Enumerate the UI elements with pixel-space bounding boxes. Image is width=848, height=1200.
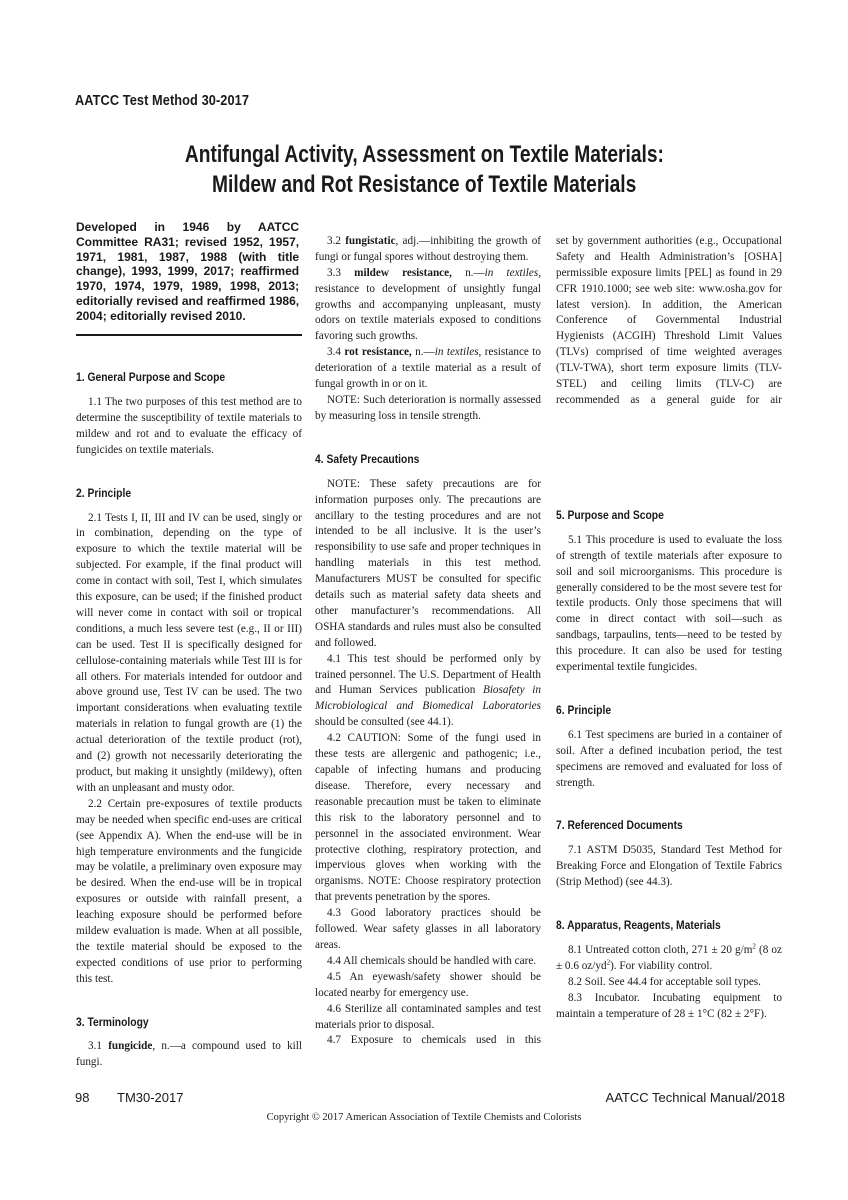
paragraph-1-1: 1.1 The two purposes of this test method…	[76, 395, 302, 459]
paragraph-4-5: 4.5 An eyewash/safety shower should be l…	[315, 970, 541, 1002]
terminology-note: NOTE: Such deterioration is normally ass…	[315, 393, 541, 425]
running-head: AATCC Test Method 30-2017	[75, 93, 249, 109]
development-note-text: Developed in 1946 by AATCC Committee RA3…	[76, 220, 299, 324]
term-rot-resistance: 3.4 rot resistance, n.—in textiles, resi…	[315, 345, 541, 393]
paragraph-4-1: 4.1 This test should be performed only b…	[315, 652, 541, 732]
paragraph-4-7-continued: 4.7 Exposure to chemicals used in this p…	[556, 234, 782, 409]
section-heading-8: 8. Apparatus, Reagents, Materials	[556, 918, 782, 934]
term-mildew-resistance: 3.3 mildew resistance, n.—in textiles, r…	[315, 266, 541, 346]
method-code: TM30-2017	[117, 1090, 183, 1105]
term-fungicide-start: 3.1 fungicide, n.—a compound used to kil…	[76, 1039, 302, 1071]
term-fungicide: fungicide	[108, 1040, 152, 1052]
paragraph-5-1: 5.1 This procedure is used to evaluate t…	[556, 533, 782, 676]
paragraph-6-1: 6.1 Test specimens are buried in a conta…	[556, 728, 782, 792]
paragraph-2-1: 2.1 Tests I, II, III and IV can be used,…	[76, 511, 302, 797]
column-2: 3.1 fungicide, n.—a compound used to kil…	[315, 218, 541, 1049]
section-heading-6: 6. Principle	[556, 703, 782, 719]
title-line-2: Mildew and Rot Resistance of Textile Mat…	[212, 170, 636, 200]
document-title: Antifungal Activity, Assessment on Texti…	[0, 140, 848, 200]
page-number: 98	[75, 1090, 89, 1105]
section-heading-2: 2. Principle	[76, 486, 302, 502]
paragraph-8-1: 8.1 Untreated cotton cloth, 271 ± 20 g/m…	[556, 943, 782, 975]
paragraph-8-3: 8.3 Incubator. Incubating equipment to m…	[556, 991, 782, 1023]
manual-title: AATCC Technical Manual/2018	[606, 1090, 785, 1105]
test-heading	[556, 453, 782, 481]
section-heading-3: 3. Terminology	[76, 1015, 302, 1031]
copyright-notice: Copyright © 2017 American Association of…	[0, 1112, 848, 1123]
paragraph-2-2: 2.2 Certain pre-exposures of textile pro…	[76, 797, 302, 988]
safety-note: NOTE: These safety precautions are for i…	[315, 477, 541, 652]
paragraph-4-2: 4.2 CAUTION: Some of the fungi used in t…	[315, 731, 541, 906]
paragraph-4-4: 4.4 All chemicals should be handled with…	[315, 954, 541, 970]
term-fungistatic: 3.2 fungistatic, adj.—inhibiting the gro…	[315, 234, 541, 266]
section-heading-7: 7. Referenced Documents	[556, 818, 782, 834]
column-1: Developed in 1946 by AATCC Committee RA3…	[76, 220, 302, 1070]
paragraph-4-7-continued-wrap	[556, 218, 782, 234]
section-heading-4: 4. Safety Precautions	[315, 452, 541, 468]
development-note: Developed in 1946 by AATCC Committee RA3…	[76, 220, 302, 324]
section-heading-5: 5. Purpose and Scope	[556, 508, 782, 524]
title-line-1: Antifungal Activity, Assessment on Texti…	[184, 140, 663, 170]
paragraph-7-1: 7.1 ASTM D5035, Standard Test Method for…	[556, 843, 782, 891]
column-3: 4.7 Exposure to chemicals used in this p…	[556, 218, 782, 1023]
paragraph-4-6: 4.6 Sterilize all contaminated samples a…	[315, 1002, 541, 1034]
paragraph-8-2: 8.2 Soil. See 44.4 for acceptable soil t…	[556, 975, 782, 991]
paragraph-4-3: 4.3 Good laboratory practices should be …	[315, 906, 541, 954]
section-heading-1: 1. General Purpose and Scope	[76, 370, 302, 386]
paragraph-4-7: 4.7 Exposure to chemicals used in this p…	[315, 1033, 541, 1049]
